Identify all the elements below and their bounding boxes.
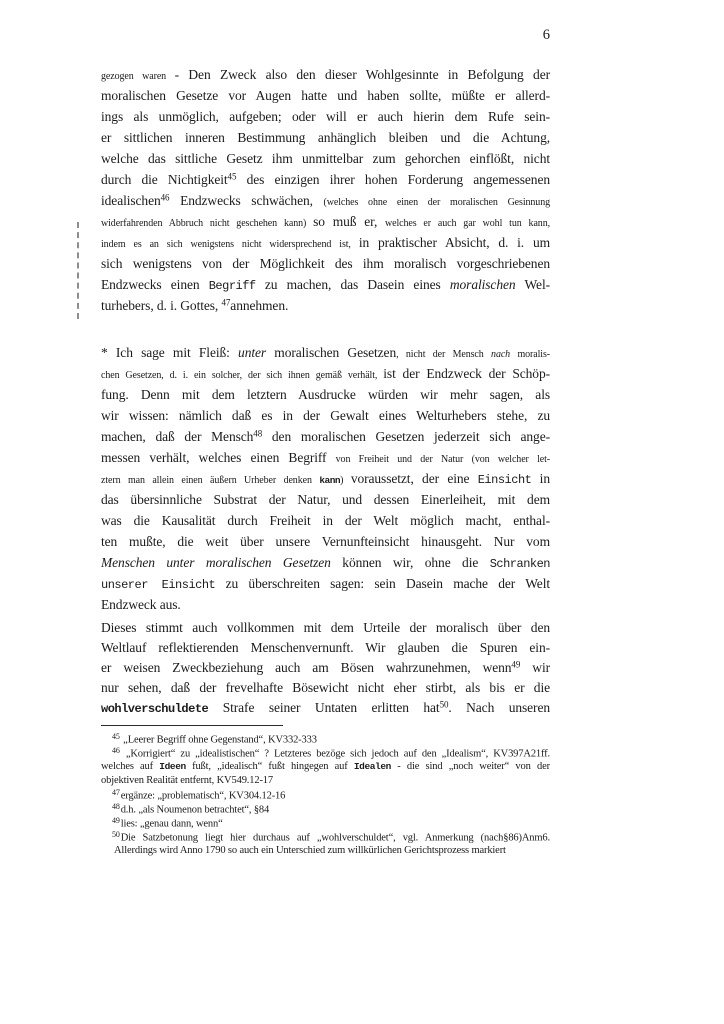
text-segment: des einzigen ihrer hohen Forderung angem…	[236, 172, 550, 187]
text-line: moralischen Gesetze vor Augen hatte und …	[101, 85, 550, 106]
text-segment: ztern man allein einen äußern Urheber de…	[101, 475, 319, 486]
text-segment: voraussetzt, der eine	[351, 471, 478, 486]
footnote-line: 50Die Satzbetonung liegt hier durchaus a…	[101, 830, 550, 844]
footnote-item: 49lies: „genau dann, wenn“	[101, 816, 550, 830]
footnote-item: 48d.h. „als Noumenon betrachtet“, §84	[101, 802, 550, 816]
text-line: widerfahrenden Abbruch nicht geschehen k…	[101, 211, 550, 232]
text-segment: Ideen	[159, 761, 186, 772]
footnotes-section: 45 „Leerer Begriff ohne Gegenstand“, KV3…	[101, 732, 550, 858]
text-line: ztern man allein einen äußern Urheber de…	[101, 468, 550, 489]
text-segment: in praktischer Absicht, d. i. um	[359, 235, 550, 250]
text-line: unserer Einsicht zu überschreiten sagen:…	[101, 573, 550, 594]
text-segment: d.h. „als Noumenon betrachtet“, §84	[121, 805, 269, 816]
text-line: durch die Nichtigkeit45 des einzigen ihr…	[101, 169, 550, 190]
text-segment: „Korrigiert“ zu „idealistischen“ ? Letzt…	[121, 749, 550, 760]
text-line: machen, daß der Mensch48 den moralischen…	[101, 426, 550, 447]
footnote-ref: 48	[253, 429, 262, 439]
text-segment: - Den Zweck also den dieser Wohlgesinnte…	[175, 67, 550, 82]
text-segment: zu machen, das Dasein eines	[256, 277, 450, 292]
text-segment: Die Satzbetonung liegt hier durchaus auf…	[121, 833, 550, 844]
text-segment: Weltlauf reflektierenden Menschenvernunf…	[101, 640, 550, 655]
text-segment: (welches ohne einen der moralischen Gesi…	[324, 197, 550, 208]
text-segment: kann	[319, 475, 340, 486]
text-line: Dieses stimmt auch vollkommen mit dem Ur…	[101, 618, 550, 638]
text-segment: fußt, „idealisch“ fußt hingegen auf	[186, 761, 354, 772]
text-segment: nur sehen, daß der frevelhafte Bösewicht…	[101, 680, 550, 695]
text-segment: „Leerer Begriff ohne Gegenstand“, KV332-…	[121, 735, 317, 746]
text-segment: moralischen Gesetzen	[266, 345, 396, 360]
text-segment: so muß er,	[313, 214, 385, 229]
footnote-item: 46 „Korrigiert“ zu „idealistischen“ ? Le…	[101, 746, 550, 788]
text-segment: Endzwecks einen	[101, 277, 209, 292]
footnote-number: 46	[112, 746, 120, 755]
margin-change-bar	[77, 222, 79, 319]
footnote-line: 48d.h. „als Noumenon betrachtet“, §84	[101, 802, 550, 816]
text-segment: chen Gesetzen, d. i. ein solcher, der si…	[101, 370, 383, 381]
text-line: ten mußte, die weit über unsere Vernunft…	[101, 531, 550, 552]
text-line: fung. Denn mit dem letztern Ausdrucke wü…	[101, 384, 550, 405]
text-line: Endzwecks einen Begriff zu machen, das D…	[101, 274, 550, 295]
document-page: 6 gezogen waren - Den Zweck also den die…	[0, 0, 724, 1024]
text-line: er weisen Zweckbeziehung auch am Bösen w…	[101, 658, 550, 678]
text-line: ings als unmöglich, aufgeben; oder will …	[101, 106, 550, 127]
text-segment: Idealen	[354, 761, 391, 772]
text-segment: ten mußte, die weit über unsere Vernunft…	[101, 534, 550, 549]
footnote-line: objektiven Realität entfernt, KV549.12-1…	[101, 774, 550, 788]
text-segment: Dieses stimmt auch vollkommen mit dem Ur…	[101, 620, 550, 635]
text-segment: lies: „genau dann, wenn“	[121, 819, 223, 830]
text-segment: idealischen	[101, 193, 161, 208]
footnote-line: 46 „Korrigiert“ zu „idealistischen“ ? Le…	[101, 746, 550, 760]
text-segment: das übersinnliche Substrat der Natur, un…	[101, 492, 550, 507]
footnote-rule	[101, 725, 283, 726]
text-segment: Allerdings wird Anno 1790 so auch ein Un…	[114, 845, 506, 856]
text-line: er sittlichen inneren Bestimmung anhängl…	[101, 127, 550, 148]
text-segment: Endzwecks schwächen,	[169, 193, 323, 208]
text-segment: , nicht der Mensch	[396, 349, 491, 360]
text-segment: fung. Denn mit dem letztern Ausdrucke wü…	[101, 387, 550, 402]
paragraph-main-text: gezogen waren - Den Zweck also den diese…	[101, 64, 550, 316]
text-segment: machen, daß der Mensch	[101, 429, 253, 444]
footnote-line: welches auf Ideen fußt, „idealisch“ fußt…	[101, 760, 550, 774]
text-segment: Begriff	[209, 279, 256, 293]
text-line: Weltlauf reflektierenden Menschenvernunf…	[101, 638, 550, 658]
text-segment: * Ich sage mit Fleiß:	[101, 345, 238, 360]
text-segment: welches er auch gar wohl tun kann,	[385, 218, 550, 229]
text-segment: welche das sittliche Gesetz ihm unmittel…	[101, 151, 550, 166]
text-segment: - die sind „noch weiter“ von der	[391, 761, 550, 772]
text-segment: ergänze: „problematisch“, KV304.12-16	[121, 791, 286, 802]
text-segment: Strafe seiner Untaten erlitten hat	[208, 700, 439, 715]
text-segment: von Freiheit und der Natur (von welcher …	[336, 454, 550, 465]
text-line: Endzweck aus.	[101, 594, 550, 615]
text-line: was die Kausalität durch Freiheit in der…	[101, 510, 550, 531]
footnote-ref: 47	[221, 298, 230, 308]
text-segment: sich wenigstens von der Möglichkeit des …	[101, 256, 550, 271]
text-segment: moralischen Gesetze vor Augen hatte und …	[101, 88, 550, 103]
footnote-item: 47ergänze: „problematisch“, KV304.12-16	[101, 788, 550, 802]
text-segment: welches auf	[101, 761, 159, 772]
footnote-item: 50Die Satzbetonung liegt hier durchaus a…	[101, 830, 550, 858]
text-line: * Ich sage mit Fleiß: unter moralischen …	[101, 342, 550, 363]
text-segment: den moralischen Gesetzen jederzeit sich …	[262, 429, 550, 444]
footnote-line: 47ergänze: „problematisch“, KV304.12-16	[101, 788, 550, 802]
text-segment: Endzweck aus.	[101, 597, 181, 612]
text-segment: unserer Einsicht	[101, 578, 215, 592]
text-segment: zu überschreiten sagen: sein Dasein mach…	[215, 576, 550, 591]
footnote-number: 45	[112, 732, 120, 741]
text-line: wir wissen: nämlich daß es in der Gewalt…	[101, 405, 550, 426]
footnote-ref: 49	[511, 660, 520, 670]
footnote-number: 49	[112, 816, 120, 825]
text-segment: messen verhält, welches einen Begriff	[101, 450, 336, 465]
page-number: 6	[101, 27, 550, 44]
text-line: messen verhält, welches einen Begriff vo…	[101, 447, 550, 468]
text-segment: ings als unmöglich, aufgeben; oder will …	[101, 109, 550, 124]
text-line: wohlverschuldete Strafe seiner Untaten e…	[101, 698, 550, 718]
text-segment: durch die Nichtigkeit	[101, 172, 228, 187]
text-segment: Einsicht	[478, 473, 532, 487]
text-segment: gezogen waren	[101, 71, 175, 82]
text-line: sich wenigstens von der Möglichkeit des …	[101, 253, 550, 274]
text-segment: er weisen Zweckbeziehung auch am Bösen w…	[101, 660, 511, 675]
text-segment: unter	[238, 345, 266, 360]
footnote-number: 50	[112, 830, 120, 839]
text-segment: turhebers, d. i. Gottes,	[101, 298, 221, 313]
text-segment: wir	[520, 660, 550, 675]
text-segment: moralis-	[510, 349, 550, 360]
footnote-number: 48	[112, 802, 120, 811]
paragraph-closing: Dieses stimmt auch vollkommen mit dem Ur…	[101, 618, 550, 718]
text-segment: moralischen	[450, 277, 516, 292]
footnote-line: 45 „Leerer Begriff ohne Gegenstand“, KV3…	[101, 732, 550, 746]
text-segment: Wel-	[516, 277, 550, 292]
text-segment: was die Kausalität durch Freiheit in der…	[101, 513, 550, 528]
text-segment: wir wissen: nämlich daß es in der Gewalt…	[101, 408, 550, 423]
text-line: nur sehen, daß der frevelhafte Bösewicht…	[101, 678, 550, 698]
text-segment: indem es an sich wenigstens nicht widers…	[101, 239, 359, 250]
text-segment: widerfahrenden Abbruch nicht geschehen k…	[101, 218, 313, 229]
text-segment: können wir, ohne die	[331, 555, 490, 570]
text-line: chen Gesetzen, d. i. ein solcher, der si…	[101, 363, 550, 384]
text-content: gezogen waren - Den Zweck also den diese…	[101, 64, 550, 858]
text-line: gezogen waren - Den Zweck also den diese…	[101, 64, 550, 85]
text-segment: objektiven Realität entfernt, KV549.12-1…	[101, 775, 273, 786]
text-segment: )	[340, 475, 351, 486]
text-segment: nach	[491, 349, 510, 360]
footnote-item: 45 „Leerer Begriff ohne Gegenstand“, KV3…	[101, 732, 550, 746]
text-segment: Schranken	[490, 557, 550, 571]
footnote-number: 47	[112, 788, 120, 797]
text-line: das übersinnliche Substrat der Natur, un…	[101, 489, 550, 510]
text-line: idealischen46 Endzwecks schwächen, (welc…	[101, 190, 550, 211]
footnote-line: 49lies: „genau dann, wenn“	[101, 816, 550, 830]
text-segment: annehmen.	[230, 298, 288, 313]
text-line: turhebers, d. i. Gottes, 47annehmen.	[101, 295, 550, 316]
text-line: welche das sittliche Gesetz ihm unmittel…	[101, 148, 550, 169]
text-segment: Menschen unter moralischen Gesetzen	[101, 555, 331, 570]
paragraph-star-note: * Ich sage mit Fleiß: unter moralischen …	[101, 342, 550, 615]
footnote-line: Allerdings wird Anno 1790 so auch ein Un…	[101, 844, 550, 858]
text-segment: er sittlichen inneren Bestimmung anhängl…	[101, 130, 550, 145]
text-segment: ist der Endzweck der Schöp-	[383, 366, 550, 381]
text-line: indem es an sich wenigstens nicht widers…	[101, 232, 550, 253]
text-line: Menschen unter moralischen Gesetzen könn…	[101, 552, 550, 573]
text-segment: in	[531, 471, 550, 486]
text-segment: . Nach unseren	[448, 700, 550, 715]
text-segment: wohlverschuldete	[101, 702, 208, 716]
